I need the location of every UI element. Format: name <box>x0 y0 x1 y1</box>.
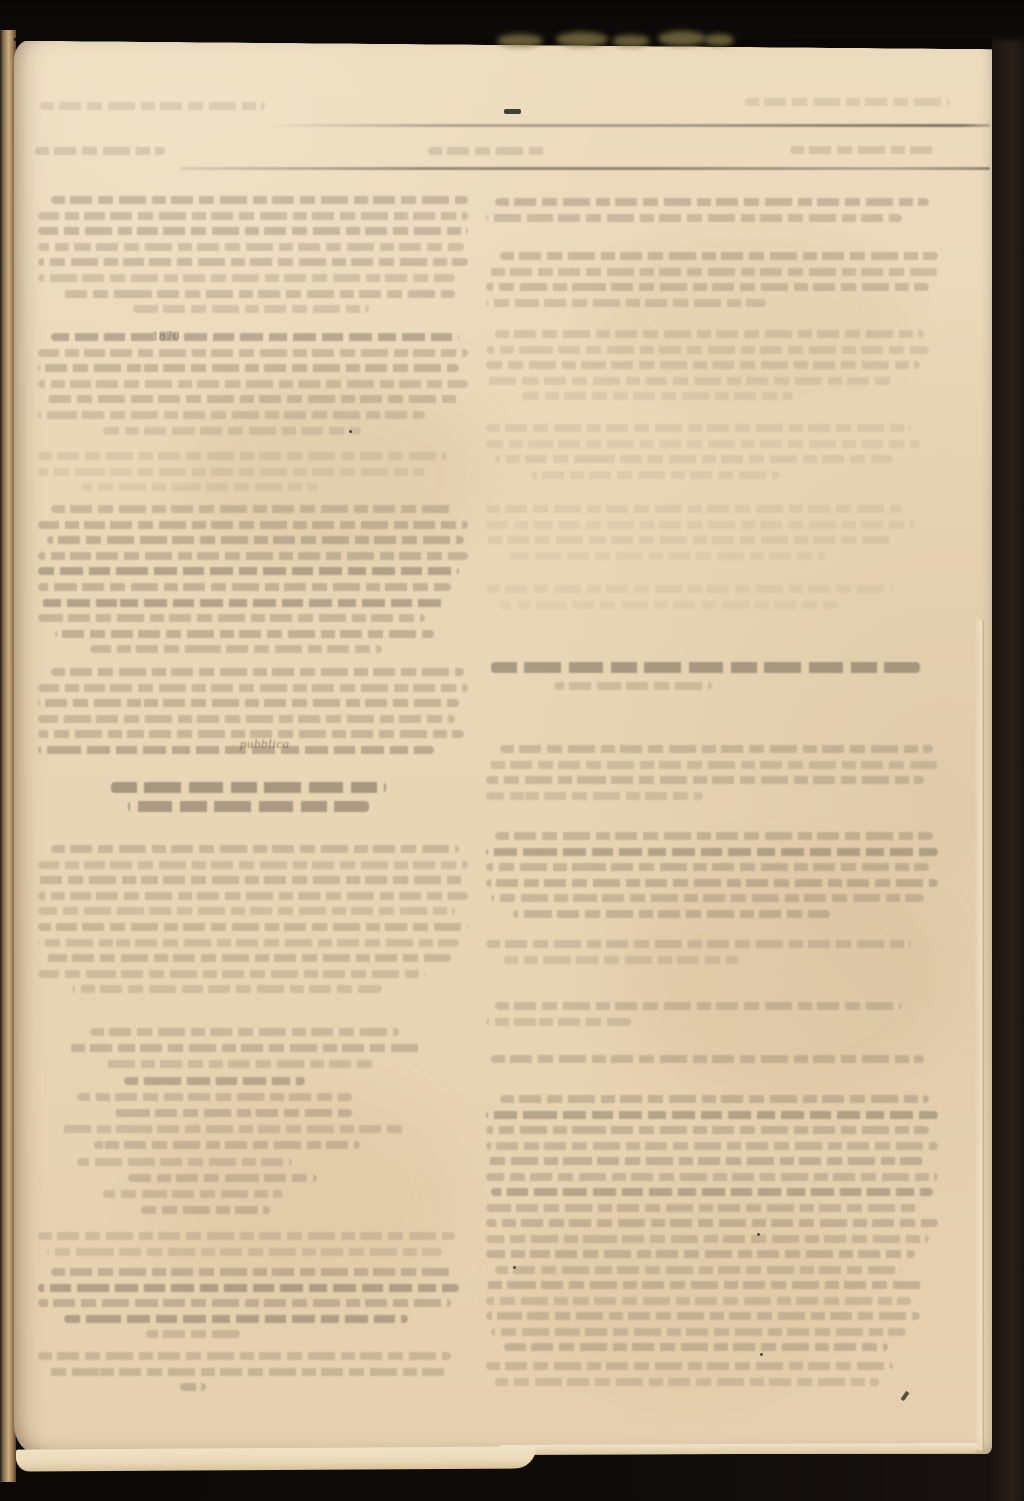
text-line <box>491 894 925 902</box>
masthead-rule-bottom <box>180 167 990 170</box>
text-line <box>491 662 920 673</box>
text-line <box>47 1248 443 1256</box>
text-line <box>103 1190 284 1198</box>
text-line <box>128 801 369 812</box>
text-line <box>495 330 924 338</box>
text-line <box>486 346 929 354</box>
text-line <box>486 1235 929 1243</box>
text-line <box>77 1158 292 1166</box>
text-line <box>554 682 712 690</box>
text-line <box>486 440 920 448</box>
under-page-lip <box>16 1446 536 1471</box>
text-line <box>486 863 929 871</box>
text-line <box>47 536 464 544</box>
text-line <box>38 411 425 419</box>
text-line <box>38 468 425 476</box>
text-line <box>42 954 451 962</box>
text-line <box>486 879 938 887</box>
text-line <box>38 939 459 947</box>
scanned-page-photo: 1870 pubblica <box>0 0 1024 1501</box>
bleed-through-blob <box>497 34 543 47</box>
text-line <box>38 452 447 460</box>
text-line <box>486 505 902 513</box>
text-line <box>38 243 464 251</box>
text-line <box>38 212 468 220</box>
text-line <box>486 214 902 222</box>
text-line <box>495 455 893 463</box>
text-line <box>60 1125 404 1133</box>
text-line <box>38 876 464 884</box>
text-line <box>495 1002 902 1010</box>
text-line <box>500 1095 929 1103</box>
text-line <box>40 102 265 110</box>
text-line <box>486 761 938 769</box>
text-line <box>486 1157 924 1165</box>
text-line <box>64 1315 408 1323</box>
under-page-edge-right <box>500 1443 978 1455</box>
text-line <box>500 745 934 753</box>
masthead-dash <box>504 109 521 114</box>
text-line <box>522 392 793 400</box>
bleed-through-blob <box>612 35 650 47</box>
text-line <box>495 198 929 206</box>
text-line <box>38 1284 459 1292</box>
text-line <box>486 536 893 544</box>
text-line <box>486 268 938 276</box>
text-line <box>38 567 459 575</box>
ink-speck <box>349 430 352 433</box>
text-line <box>486 1111 938 1119</box>
ink-speck <box>513 1266 516 1269</box>
text-line <box>491 1328 907 1336</box>
bleed-through-blob <box>704 34 734 46</box>
text-line <box>38 349 468 357</box>
text-line <box>38 970 425 978</box>
text-line <box>72 985 382 993</box>
scanner-background-right <box>988 0 1024 1501</box>
text-line <box>111 1109 352 1117</box>
text-line <box>500 601 839 609</box>
text-line <box>504 1343 888 1351</box>
text-line <box>51 1268 455 1276</box>
text-line <box>146 1330 241 1338</box>
page-right-edge-highlight <box>975 620 984 1450</box>
text-line <box>38 923 468 931</box>
text-line <box>486 1142 938 1150</box>
text-line <box>38 861 468 869</box>
text-line <box>90 1028 400 1036</box>
text-line <box>513 910 829 918</box>
text-line <box>486 1204 920 1212</box>
text-line <box>491 1188 934 1196</box>
text-line <box>486 377 893 385</box>
text-line <box>486 1018 631 1026</box>
text-line <box>94 1141 361 1149</box>
text-line <box>60 290 456 298</box>
text-line <box>103 1060 374 1068</box>
text-line <box>495 832 933 840</box>
text-line <box>124 1077 305 1085</box>
text-line <box>133 305 370 313</box>
text-line <box>486 521 915 529</box>
text-line <box>486 792 703 800</box>
text-line <box>128 1174 317 1182</box>
text-line <box>47 1368 447 1376</box>
text-line <box>90 645 382 653</box>
text-line <box>103 427 361 435</box>
text-line <box>486 283 929 291</box>
text-line <box>38 1232 455 1240</box>
text-line <box>486 848 938 856</box>
text-line <box>486 1173 938 1181</box>
text-line <box>111 782 386 793</box>
text-line <box>51 845 460 853</box>
text-line <box>495 1266 902 1274</box>
text-line <box>38 614 425 622</box>
text-line <box>38 552 468 560</box>
text-line <box>38 715 455 723</box>
text-line <box>55 630 433 638</box>
text-line <box>38 684 468 692</box>
text-line <box>38 521 468 529</box>
text-line <box>500 252 938 260</box>
text-line <box>42 599 446 607</box>
text-line <box>486 1312 920 1320</box>
text-line <box>35 147 165 155</box>
text-line <box>38 699 459 707</box>
text-line <box>38 746 434 754</box>
text-line <box>141 1206 270 1214</box>
text-line <box>745 98 950 106</box>
text-line <box>486 299 766 307</box>
text-line <box>790 146 935 154</box>
text-line <box>428 147 546 155</box>
bleed-through-blob <box>556 32 608 47</box>
ink-speck <box>757 1233 760 1236</box>
text-line <box>504 956 739 964</box>
bleed-through-blob <box>658 31 706 46</box>
text-line <box>486 1297 911 1305</box>
text-line <box>38 380 468 388</box>
text-line <box>38 227 468 235</box>
text-line <box>486 585 893 593</box>
text-line <box>51 196 468 204</box>
text-line <box>491 1055 925 1063</box>
text-line <box>486 1126 929 1134</box>
text-line <box>486 1362 893 1370</box>
text-line <box>486 361 920 369</box>
text-line <box>38 583 451 591</box>
text-line <box>180 1383 206 1391</box>
text-line <box>38 907 455 915</box>
masthead-rule-top <box>268 124 990 127</box>
text-line <box>486 424 911 432</box>
text-line <box>51 668 464 676</box>
text-line <box>486 940 911 948</box>
text-line <box>486 1250 915 1258</box>
text-line <box>509 552 825 560</box>
text-line <box>486 776 924 784</box>
text-line <box>38 258 468 266</box>
text-line <box>51 333 460 341</box>
text-line <box>51 505 455 513</box>
text-line <box>38 892 468 900</box>
text-line <box>38 1352 451 1360</box>
text-line <box>81 483 318 491</box>
text-line <box>38 364 459 372</box>
text-line <box>47 395 460 403</box>
text-line <box>77 1093 352 1101</box>
text-line <box>486 1219 938 1227</box>
text-line <box>531 471 780 479</box>
text-line <box>38 274 455 282</box>
ink-speck <box>760 1353 763 1356</box>
legible-fragment-word: pubblica <box>240 736 290 752</box>
text-line <box>38 1299 451 1307</box>
text-line <box>486 1281 924 1289</box>
legible-fragment-year: 1870 <box>152 328 180 344</box>
text-line <box>495 1378 879 1386</box>
text-line <box>68 1044 421 1052</box>
